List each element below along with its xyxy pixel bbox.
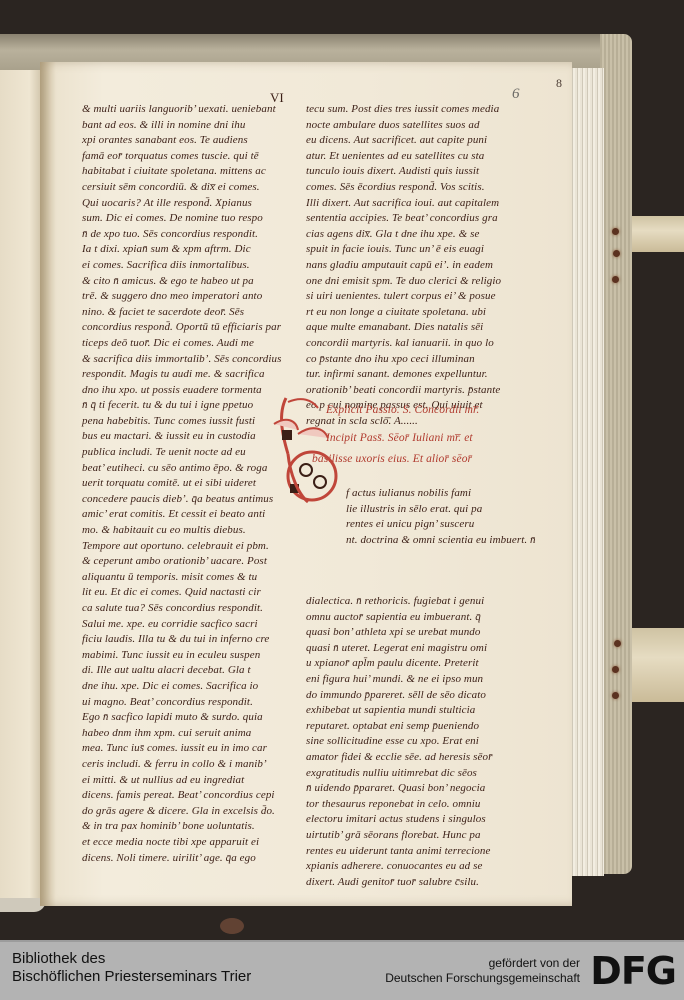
text-line: amic’ erat comitis. Et cessit ei beato a… [82,507,282,523]
text-line: co p̄stante dno ihu xpo ceci illuminan [306,352,501,368]
text-line: one dni emisit spm. Te duo clerici & rel… [306,274,501,290]
text-line: f actus iulianus nobilis fami [346,486,536,502]
text-line: trē. & suggero dno meo imperatori anto [82,289,282,305]
text-line: uerit torquatu comitē. ut ei sibi uidere… [82,476,282,492]
text-line: ca salute tua? Sēs concordius respondit. [82,601,282,617]
text-line: exgratitudis nulliu uitimrebat dic sēos [306,766,492,782]
text-line: beat’ eutiheci. cu sēo antimo ēpo. & rog… [82,461,282,477]
left-text-column: & multi uariis languorib’ uexati. uenieb… [82,102,282,866]
text-line: aliquantu ū temporis. misit comes & tu [82,570,282,586]
footer-banner: Bibliothek des Bischöflichen Priestersem… [0,940,684,1000]
clasp-strap-lower [632,628,684,702]
text-line: quasi bon’ athleta xpi se urebat mundo [306,625,492,641]
nail-icon [612,276,619,283]
text-line: do grās agere & dicere. Gla in excelsis … [82,804,282,820]
text-line: atur. Et uenientes ad eu satellites cu s… [306,149,501,165]
text-line: quasi n̄ uteret. Legerat eni magistru om… [306,641,492,657]
text-line: & multi uariis languorib’ uexati. uenieb… [82,102,282,118]
text-line: lie illustris in sēlo erat. qui pa [346,502,536,518]
text-line: u xpianor̄ apl̄m paulu dicente. Preterit [306,656,492,672]
text-line: do immundo p̄pareret. sēll de sēo dicato [306,688,492,704]
text-line: rentes ei unicu pign’ susceru [346,517,536,533]
text-line: n̄ uidendo p̄pararet. Quasi bon’ negocia [306,781,492,797]
funding-note: gefördert von der Deutschen Forschungsge… [385,956,580,986]
nail-icon [612,666,619,673]
manuscript-scan: VI 6 8 & multi uariis languorib’ uexati.… [0,0,684,940]
text-line: habitabat i ciuitate spoletana. mittens … [82,164,282,180]
stain [220,918,244,934]
text-line: xpianis adherere. conuocantes eu ad se [306,859,492,875]
text-line: & in tra pax hominib’ bone uoluntatis. [82,819,282,835]
text-line: concordii martyris. kal ianuarii. in quo… [306,336,501,352]
funding-line-1: gefördert von der [385,956,580,971]
text-line: cias agens dix̅. Gla t dne ihu xpe. & se [306,227,501,243]
text-line: mabimi. Tunc iussit eu in eculeu suspen [82,648,282,664]
text-line: dixert. Audi genitor̄ tuor̄ salubre c̄si… [306,875,492,891]
text-line: & ceperunt ambo orationib’ uacare. Post [82,554,282,570]
nail-icon [613,250,620,257]
text-line: dno ihu xpo. ut possis euadere tormenta [82,383,282,399]
text-line: uirtutib’ grā sēorans florebat. Hunc pa [306,828,492,844]
text-line: nino. & faciet te sacerdote deor̄. Sēs [82,305,282,321]
text-line: cersiuit sēm concordiū. & dix̅ ei comes. [82,180,282,196]
text-line: respondit. Magis tu audi me. & sacrifica [82,367,282,383]
text-line: xpi orantes sanabant eos. Te audiens [82,133,282,149]
text-line: dicens. Noli timere. uirilit’ age. q̄a e… [82,851,282,867]
text-line: habeo dnm ihm xpm. cui seruit anima [82,726,282,742]
text-line: eu dicens. Aut sacrificet. aut capite pu… [306,133,501,149]
text-line: famā eor̄ torquatus comes tuscie. qui tē [82,149,282,165]
text-line: n̄ de xpo tuo. Sēs concordius respondit. [82,227,282,243]
text-line: tunculo iouis dixert. Audisti quis iussi… [306,164,501,180]
library-line-1: Bibliothek des [12,950,251,968]
text-line: ei mitti. & ut nullius ad eu ingrediat [82,773,282,789]
text-line: amator fidei & ecclie sēe. ad heresis sē… [306,750,492,766]
library-line-2: Bischöflichen Priesterseminars Trier [12,968,251,986]
text-line: sum. Dic ei comes. De nomine tuo respo [82,211,282,227]
text-line: nans gladiu amputauit capū ei’. in eadem [306,258,501,274]
text-line: concordius respond̄. Oportū tū efficiar… [82,320,282,336]
right-text-column: tecu sum. Post dies tres iussit comes me… [306,102,501,429]
text-line: sententia accipies. Te beat’ concordius … [306,211,501,227]
binding-cover-edge [600,34,632,874]
text-line: aque multe emanabant. Dies natalis sēi [306,320,501,336]
text-line: bant ad eos. & illi in nomine dni ihu [82,118,282,134]
text-line: electoru imitari actus studens i singulo… [306,812,492,828]
text-line: bus eu mactari. & iussit eu in custodia [82,429,282,445]
text-line: comes. Sēs ēcordius respond̄. Vos scitis… [306,180,501,196]
dfg-logo: DFG [590,951,676,991]
text-line: Qui uocaris? At ille respond̄. Xpianus [82,196,282,212]
text-line: nt. doctrina & omni scientia eu imbuert.… [346,533,536,549]
text-line: rt eu non longe a ciuitate spoletana. ub… [306,305,501,321]
text-line: omnu auctor̄ sapientia eu imbuerant. q̄ [306,610,492,626]
text-line: reputaret. optabat eni semp p̄ueniendo [306,719,492,735]
decorated-initial-icon [268,394,350,506]
text-line: & sacrifica diis immortalib’. Sēs concor… [82,352,282,368]
text-line: ficiu laudis. Illa tu & du tui in infern… [82,632,282,648]
text-line: sine sollicitudine esse cu xpo. Erat eni [306,734,492,750]
right-column-continuation: dialectica. n̄ rethoricis. fugiebat i ge… [306,594,492,890]
text-line: ui magno. Beat’ concordius respondit. [82,695,282,711]
clasp-strap-upper [632,216,684,252]
text-line: dne ihu. xpe. Dic ei comes. Sacrifica io [82,679,282,695]
text-line: eni figura hui’ mundi. & ne ei ipso mun [306,672,492,688]
text-line: publica includi. Te uenit nocte ad eu [82,445,282,461]
text-line: Ia t dixi. xpian̄ sum & xpm aftrm. Dic [82,242,282,258]
text-line: rentes eu uiderunt tanta animi terrecion… [306,844,492,860]
text-line: si uiri uenientes. tulert corpus ei’ & p… [306,289,501,305]
text-line: n̄ q̄ ti fecerit. tu & du tui i igne ppe… [82,398,282,414]
incipit-text: f actus iulianus nobilis familie illustr… [346,486,536,548]
text-line: Illi dixert. Aut sacrifica ioui. aut cap… [306,196,501,212]
text-line: mea. Tunc ius̄ comes. iussit eu in imo c… [82,741,282,757]
text-line: di. Ille aut ualtu alacri decebat. Gla t [82,663,282,679]
text-line: Tempore aut oportuno. celebrauit ei pbm. [82,539,282,555]
funding-line-2: Deutschen Forschungsgemeinschaft [385,971,580,986]
text-line: Ego n̄ sacfico lapidi muto & surdo. quia [82,710,282,726]
text-line: et ecce media nocte tibi xpe apparuit ei [82,835,282,851]
text-line: ceris includi. & ferru in collo & i mani… [82,757,282,773]
text-line: ticeps deō tuor̄. Dic ei comes. Audi me [82,336,282,352]
text-line: spuit in facie iouis. Tunc un’ ē eis eu… [306,242,501,258]
nail-icon [612,228,619,235]
library-name: Bibliothek des Bischöflichen Priestersem… [12,950,251,986]
text-line: ei comes. Sacrifica diis inmortalibus. [82,258,282,274]
text-line: & cito n̄ amicus. & ego te habeo ut pa [82,274,282,290]
folio-number-ink: 8 [556,76,562,91]
text-line: lit eu. Et dic ei comes. Quid nactasti c… [82,585,282,601]
facing-page-edge [0,70,42,906]
text-line: exhibebat ut sapientia mundi stulticia [306,703,492,719]
folio-number-pencil: 6 [512,86,520,103]
text-line: tor thesaurus reponebat in celo. omniu [306,797,492,813]
nail-icon [614,640,621,647]
text-line: Salui me. xpe. eu corridie sacfico sacri [82,617,282,633]
text-line: nocte ambulare duos satellites suos ad [306,118,501,134]
text-line: tur. infirmi sanant. demones expelluntur… [306,367,501,383]
text-line: pena habebitis. Tunc comes iussit fusti [82,414,282,430]
text-line: dialectica. n̄ rethoricis. fugiebat i ge… [306,594,492,610]
nail-icon [612,692,619,699]
text-line: dicens. famis pereat. Beat’ concordius c… [82,788,282,804]
text-line: concedere paucis dieb’. q̄a beatus antim… [82,492,282,508]
text-line: mo. & habitauit cu eo multis diebus. [82,523,282,539]
text-line: tecu sum. Post dies tres iussit comes me… [306,102,501,118]
